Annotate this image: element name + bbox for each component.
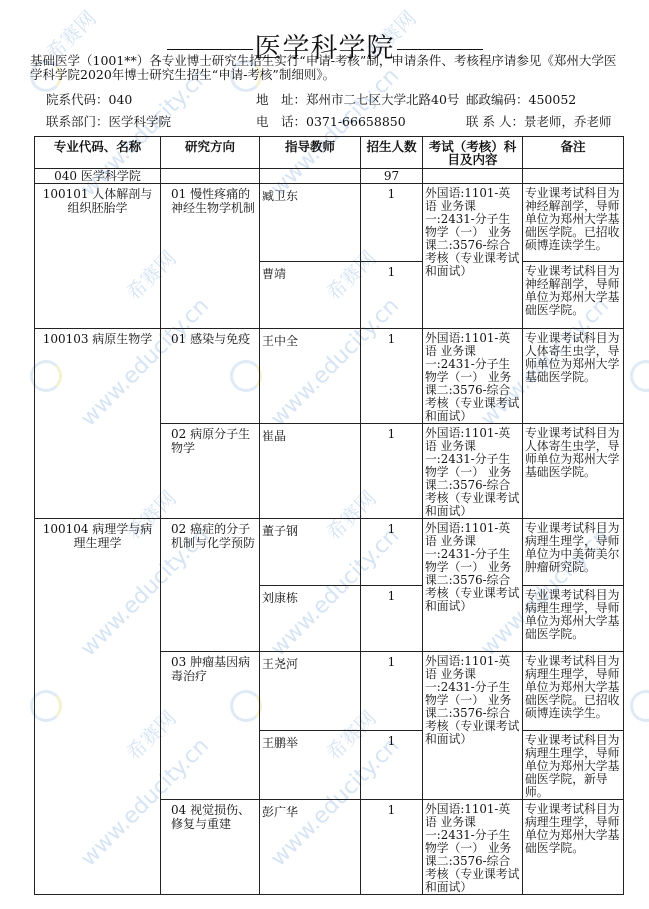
note: 专业课考试科目为神经解剖学，导师单位为郑州大学基础医学院。已招收硕博连读学生。 — [523, 184, 624, 262]
advisor-name: 董子钢 — [260, 519, 361, 586]
empty-cell — [161, 169, 260, 184]
note: 专业课考试科目为病理生理学，导师单位为中美荷美尔肿瘤研究院。 — [523, 519, 624, 586]
note: 专业课考试科目为病理生理学，导师单位为郑州大学基础医学院。 — [523, 586, 624, 652]
quota: 1 — [361, 586, 423, 652]
address-label: 地 址： — [256, 92, 306, 107]
postcode: 邮政编码：450052 — [466, 90, 576, 108]
quota: 1 — [361, 731, 423, 800]
direction-name: 01 慢性疼痛的神经生物学机制 — [161, 184, 260, 329]
title-rule-right — [397, 49, 483, 51]
col-header-exam: 考试（考核）科目及内容 — [423, 137, 523, 169]
advisor-name: 曹靖 — [260, 262, 361, 329]
quota: 1 — [361, 424, 423, 519]
direction-text: 01 慢性疼痛的神经生物学机制 — [163, 187, 257, 215]
direction-text: 04 视觉损伤、修复与重建 — [163, 803, 257, 831]
direction-text: 01 感染与免疫 — [163, 332, 257, 346]
direction-text: 03 肿瘤基因病毒治疗 — [163, 655, 257, 683]
dept-code-label: 院系代码： — [46, 92, 109, 107]
quota: 1 — [361, 519, 423, 586]
phone-label: 电 话： — [256, 114, 306, 129]
contact-person-label: 联 系 人： — [466, 114, 524, 129]
advisor-name: 彭广华 — [260, 800, 361, 895]
quota: 1 — [361, 262, 423, 329]
quota: 1 — [361, 184, 423, 262]
empty-cell — [423, 169, 523, 184]
exam-subjects: 外国语:1101-英语 业务课一:2431-分子生物学（一） 业务课二:3576… — [423, 184, 523, 329]
direction-text: 02 病原分子生物学 — [163, 427, 257, 455]
note: 专业课考试科目为人体寄生虫学，导师单位为郑州大学基础医学院。 — [523, 424, 624, 519]
advisor-name: 王中全 — [260, 329, 361, 424]
advisor-name: 王鹏举 — [260, 731, 361, 800]
college-row: 040 医学科学院 97 — [35, 169, 624, 184]
exam-subjects: 外国语:1101-英语 业务课一:2431-分子生物学（一） 业务课二:3576… — [423, 652, 523, 800]
address: 地 址：郑州市二七区大学北路40号 — [256, 90, 459, 108]
quota: 1 — [361, 800, 423, 895]
watermark-logo-icon — [630, 360, 649, 392]
table-header-row: 专业代码、名称 研究方向 指导教师 招生人数 考试（考核）科目及内容 备注 — [35, 137, 624, 169]
note: 专业课考试科目为病理生理学，导师单位为郑州大学基础医学院。已招收硕博连读学生。 — [523, 652, 624, 731]
title-rule-left — [167, 49, 253, 51]
contact-person: 联 系 人：景老师，乔老师 — [466, 112, 611, 130]
major-name: 100104 病理学与病理生理学 — [35, 519, 161, 895]
direction-name: 02 癌症的分子机制与化学预防 — [161, 519, 260, 652]
admissions-table: 专业代码、名称 研究方向 指导教师 招生人数 考试（考核）科目及内容 备注 04… — [34, 136, 624, 895]
exam-subjects: 外国语:1101-英语 业务课一:2431-分子生物学（一） 业务课二:3576… — [423, 519, 523, 652]
col-header-major: 专业代码、名称 — [35, 137, 161, 169]
quota: 1 — [361, 652, 423, 731]
direction-name: 03 肿瘤基因病毒治疗 — [161, 652, 260, 800]
table-row: 100104 病理学与病理生理学 02 癌症的分子机制与化学预防 董子钢 1 外… — [35, 519, 624, 586]
exam-subjects: 外国语:1101-英语 业务课一:2431-分子生物学（一） 业务课二:3576… — [423, 424, 523, 519]
major-name: 100101 人体解剖与组织胚胎学 — [35, 184, 161, 329]
advisor-name: 刘康栋 — [260, 586, 361, 652]
note: 专业课考试科目为病理生理学，导师单位为郑州大学基础医学院，新导师。 — [523, 731, 624, 800]
exam-subjects: 外国语:1101-英语 业务课一:2431-分子生物学（一） 业务课二:3576… — [423, 329, 523, 424]
note: 专业课考试科目为病理生理学，导师单位为郑州大学基础医学院。 — [523, 800, 624, 895]
contact-person-value: 景老师，乔老师 — [524, 114, 612, 129]
contact-dept-label: 联系部门： — [46, 114, 109, 129]
dept-code: 院系代码：040 — [46, 90, 132, 108]
table-row: 100101 人体解剖与组织胚胎学 01 慢性疼痛的神经生物学机制 臧卫东 1 … — [35, 184, 624, 262]
advisor-name: 臧卫东 — [260, 184, 361, 262]
dept-code-value: 040 — [109, 92, 133, 107]
col-header-direction: 研究方向 — [161, 137, 260, 169]
col-header-advisor: 指导教师 — [260, 137, 361, 169]
postcode-label: 邮政编码： — [466, 92, 529, 107]
advisor-name: 王尧河 — [260, 652, 361, 731]
college-name: 040 医学科学院 — [35, 169, 161, 184]
exam-subjects: 外国语:1101-英语 业务课一:2431-分子生物学（一） 业务课二:3576… — [423, 800, 523, 895]
major-name: 100103 病原生物学 — [35, 329, 161, 519]
phone-value: 0371-66658850 — [306, 114, 406, 129]
direction-name: 01 感染与免疫 — [161, 329, 260, 424]
note: 专业课考试科目为神经解剖学，导师单位为郑州大学基础医学院。 — [523, 262, 624, 329]
empty-cell — [260, 169, 361, 184]
empty-cell — [523, 169, 624, 184]
quota: 1 — [361, 329, 423, 424]
phone: 电 话：0371-66658850 — [256, 112, 406, 130]
note: 专业课考试科目为人体寄生虫学，导师单位为郑州大学基础医学院。 — [523, 329, 624, 424]
contact-dept: 联系部门：医学科学院 — [46, 112, 171, 130]
contact-dept-value: 医学科学院 — [109, 114, 172, 129]
table-row: 100103 病原生物学 01 感染与免疫 王中全 1 外国语:1101-英语 … — [35, 329, 624, 424]
watermark-logo-icon — [630, 690, 649, 722]
col-header-note: 备注 — [523, 137, 624, 169]
col-header-quota: 招生人数 — [361, 137, 423, 169]
college-count: 97 — [361, 169, 423, 184]
direction-name: 04 视觉损伤、修复与重建 — [161, 800, 260, 895]
intro-text: 基础医学（1001**）各专业博士研究生招生实行“申请-考核”制，申请条件、考核… — [30, 54, 620, 82]
address-value: 郑州市二七区大学北路40号 — [306, 92, 459, 107]
direction-text: 02 癌症的分子机制与化学预防 — [163, 522, 257, 550]
postcode-value: 450052 — [529, 92, 577, 107]
direction-name: 02 病原分子生物学 — [161, 424, 260, 519]
advisor-name: 崔晶 — [260, 424, 361, 519]
